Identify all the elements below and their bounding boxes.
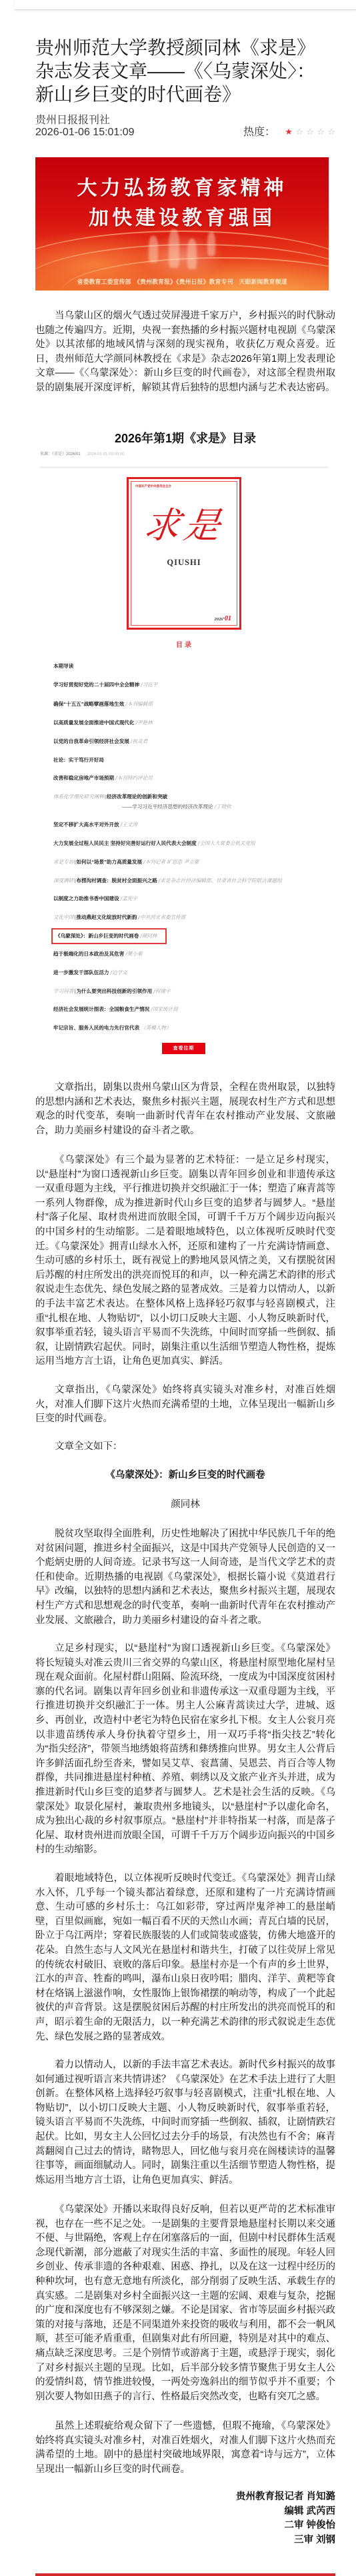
summary-paragraph: 《乌蒙深处》有三个最为显著的艺术特征：一是立足乡村现实，以“悬崖村”为窗口透视新… — [35, 1153, 335, 1369]
toc-item-title: 如何以“场景”助力高质量发展 — [76, 859, 142, 865]
fulltext-title: 《乌蒙深处》：新山乡巨变的时代画卷 — [35, 1469, 335, 1483]
toc-item: 趋于极端化的日本政治及其危害/樊小菊 — [53, 951, 143, 958]
toc-item-title: 本期导读 — [53, 663, 73, 669]
toc-item-author: /王文涛 — [121, 822, 137, 828]
toc-item-column: 文化中国 — [53, 914, 73, 920]
toc-item-title: 大力发展全过程人民民主 坚持好完善好运行好人民代表大会制度 — [53, 840, 197, 846]
toc-item-column: 学习问答 — [53, 988, 73, 994]
toc-item-title: 以高质量发展全面推进中国式现代化 — [53, 720, 135, 726]
toc-item-column: 体系化学理化研究阐释 — [53, 794, 104, 800]
toc-item: 确保“十五五”战略擘画落地生效/本刊编辑部 — [53, 701, 153, 708]
toc-item-title: 学习好贯彻好党的二十届四中全会精神 — [53, 682, 139, 688]
heat-label: 热度： — [243, 127, 275, 139]
fulltext-paragraph: 虽然上述瑕疵给观众留下了一些遗憾，但瑕不掩瑜，《乌蒙深处》始终将真实镜头对准乡村… — [35, 2419, 335, 2477]
toc-item-title: 《乌蒙深处》：新山乡巨变的时代画卷 — [55, 933, 139, 939]
banner-silhouette — [149, 236, 158, 263]
article-title: 贵州师范大学教授颜同林《求是》杂志发表文章——《〈乌蒙深处〉：新山乡巨变的时代画… — [35, 36, 329, 106]
toc-item-author: /本刊编辑部 — [125, 701, 153, 707]
star-filled-icon: ★ — [283, 127, 294, 139]
toc-item-title: 经济改革理论的创新和突破 — [107, 794, 167, 800]
article-source: 贵州日报报刊社 — [35, 115, 110, 127]
article-credits: 贵州教育报记者 肖知潞 编辑 武芮西 二审 钟俊怡 三审 刘钢 — [35, 2490, 335, 2547]
toc-item-title: 趋于极端化的日本政治及其危害 — [53, 951, 124, 957]
toc-item-author: /丁晓钦 — [215, 804, 231, 810]
toc-item-column: 求是专访 — [53, 859, 73, 865]
toc-item: 体系化学理化研究阐释|经济改革理论的创新和突破 — [53, 794, 167, 800]
fulltext-paragraph: 着力以情动人，以新的手法丰富艺术表达。新时代乡村振兴的故事如何通过视听语言来共情… — [35, 2058, 335, 2188]
toc-item-title: 经济社会发展统计图表：全国粮食生产情况 — [53, 1006, 149, 1012]
magazine-cover: 中国共产党中央委员会主办 求是 QIUSHI 2026·01 — [127, 477, 241, 630]
toc-item-subtitle: ——学习习近平经济思想的经济改革理论/丁晓钦 — [122, 804, 231, 810]
toc-item-author: /颜同林 — [140, 933, 157, 939]
cover-issue-number: ·01 — [223, 615, 232, 622]
star-outline-icon: ☆ — [294, 127, 305, 139]
toc-item: 大力发展全过程人民民主 坚持好完善好运行好人民代表大会制度/全国人大常委会机关党… — [53, 840, 255, 847]
fulltext-paragraph: 脱贫攻坚取得全面胜利，历史性地解决了困扰中华民族几千年的绝对贫困问题，推进乡村全… — [35, 1527, 335, 1628]
toc-subtitle-text: ——学习习近平经济思想的经济改革理论 — [122, 804, 213, 810]
fulltext-intro: 文章全文如下： — [35, 1440, 335, 1455]
toc-item-author: /国家统计局 — [151, 1006, 178, 1012]
credit-editor: 编辑 武芮西 — [35, 2505, 335, 2519]
toc-item-author: /本刊记者 旷思思 尹立蒙 — [143, 859, 199, 865]
banner-silhouette — [169, 229, 179, 268]
credit-second-review: 二审 钟俊怡 — [35, 2519, 335, 2533]
toc-item-author: /樊小菊 — [125, 951, 142, 957]
toc-item: 以高质量发展全面推进中国式现代化/尹艳林 — [53, 720, 153, 726]
banner-caption: 省委教育工委宣传部 《贵州教育报》《贵州日报》教育专刊 天眼新闻教育频道 — [35, 278, 329, 286]
fulltext-paragraph: 立足乡村现实，以“悬崖村”为窗口透视新山乡巨变。《乌蒙深处》将长短镜头对准云贵川… — [35, 1642, 335, 1858]
toc-item-title: 以党的自我革命引领经济社会发展 — [53, 738, 129, 744]
toc-item: 学习好贯彻好党的二十届四中全会精神/习近平 — [53, 682, 157, 688]
toc-meta-time: 2026-01-01 09:00:00 — [87, 452, 125, 456]
intro-paragraph: 当乌蒙山区的烟火气透过荧屏漫进千家万户，乡村振兴的时代脉动也随之传遍四方。近期，… — [35, 309, 335, 396]
toc-heading: 2026年第1期《求是》目录 — [35, 430, 335, 446]
toc-item: 学习问答|为什么要突出科技创新的引领作用/何建宇 — [53, 988, 171, 995]
toc-item: 文化中国|推动燕赵文化绽放时代新韵/中共河北省委宣传部 — [53, 914, 185, 921]
toc-item-author: /何建宇 — [153, 988, 170, 994]
toc-divider — [40, 466, 328, 468]
toc-item-author: （英模人物） — [141, 1025, 171, 1031]
toc-item-author: /中共河北省委宣传部 — [138, 914, 185, 920]
toc-item: 坚定不移扩大高水平对外开放/王文涛 — [53, 822, 137, 828]
toc-item-highlighted: 《乌蒙深处》：新山乡巨变的时代画卷/颜同林 — [55, 933, 157, 940]
cover-inner-frame — [131, 481, 237, 626]
toc-item: 改善和稳定房地产市场预期/本刊特约评论员 — [53, 775, 153, 782]
toc-item-title: 确保“十五五”战略擘画落地生效 — [53, 701, 124, 707]
banner-headline-2: 加快建设教育强国 — [35, 207, 329, 231]
toc-item-title: 牢记宗旨、服务人民的电力先行官代表 — [53, 1025, 139, 1031]
fulltext-author: 颜同林 — [35, 1498, 335, 1513]
toc-item: 进一步激发干部队伍活力/边学文 — [53, 969, 127, 976]
toc-item-title: 为什么要突出科技创新的引领作用 — [76, 988, 152, 994]
toc-item: 以制度之力助推书香中国建设/孟宪宇 — [53, 896, 137, 902]
toc-item: 经济社会发展统计图表：全国粮食生产情况/国家统计局 — [53, 1006, 178, 1013]
cover-issue-year: 2026 — [215, 617, 223, 622]
summary-paragraph: 文章指出，《乌蒙深处》始终将真实镜头对准乡村，对准百姓烟火，对准人们脚下这片火热… — [35, 1383, 335, 1427]
toc-item-author: /全国人大常委会机关党组 — [198, 840, 255, 846]
toc-meta: 来源：《求是》2026/012026-01-01 09:00:00 — [40, 452, 124, 457]
toc-item-title: 以制度之力助推书香中国建设 — [53, 896, 119, 902]
banner-silhouette — [207, 232, 215, 256]
article-end-divider — [35, 2573, 335, 2576]
star-outline-icon: ☆ — [326, 127, 337, 139]
credit-third-review: 三审 刘钢 — [35, 2533, 335, 2548]
toc-item-author: /习近平 — [141, 682, 157, 688]
toc-item: 社论：实干笃行开好局 — [53, 757, 104, 764]
cover-latin-title: QIUSHI — [129, 558, 239, 568]
qiushi-toc-image: 2026年第1期《求是》目录 来源：《求是》2026/012026-01-01 … — [35, 426, 335, 1066]
toc-item-title: 进一步激发干部队伍活力 — [53, 969, 109, 975]
fulltext-paragraph: 《乌蒙深处》开播以来取得良好反响，但若以更严苛的艺术标准审视，也存在一些不足之处… — [35, 2203, 335, 2404]
star-outline-icon: ☆ — [305, 127, 315, 139]
fulltext-paragraph: 着眼地域特色，以立体视听反映时代变迁。《乌蒙深处》拥青山绿水入怀，几乎每一个镜头… — [35, 1872, 335, 2044]
article-datetime: 2026-01-06 15:01:09 — [35, 127, 135, 139]
toc-section-label: 目录 — [171, 641, 198, 650]
toc-item-title: 坚定不移扩大高水平对外开放 — [53, 822, 119, 828]
heat-rating: 热度： ★ ☆ ☆ ☆ ☆ — [243, 127, 337, 139]
toc-item-author: /尹艳林 — [136, 720, 153, 726]
toc-item-author: /本刊特约评论员 — [115, 775, 153, 781]
toc-item-column: 深度调研 — [53, 878, 73, 884]
cover-publisher: 中国共产党中央委员会主办 — [135, 484, 171, 488]
toc-item: 求是专访|如何以“场景”助力高质量发展/本刊记者 旷思思 尹立蒙 — [53, 859, 199, 866]
toc-item: 深度调研|布楞沟村调查：脱贫村全面振兴之路/求是杂志社经济编辑部、甘肃省社会科学… — [53, 878, 282, 884]
toc-item-author: /孟宪宇 — [121, 896, 137, 902]
star-rating: ★ ☆ ☆ ☆ ☆ — [283, 127, 337, 139]
toc-item-author: /祝灵君 — [131, 738, 147, 744]
toc-item-title: 推动燕赵文化绽放时代新韵 — [76, 914, 137, 920]
toc-item: 以党的自我革命引领经济社会发展/祝灵君 — [53, 738, 147, 745]
banner-headline-1: 大力弘扬教育家精神 — [35, 177, 329, 201]
star-outline-icon: ☆ — [315, 127, 326, 139]
toc-item-author: /边学文 — [111, 969, 127, 975]
summary-paragraph: 文章指出，剧集以贵州乌蒙山区为背景，全程在贵州取景，以独特的思想内涵和艺术表达，… — [35, 1081, 335, 1138]
toc-item-title: 社论：实干笃行开好局 — [53, 757, 104, 763]
toc-item: 牢记宗旨、服务人民的电力先行官代表（英模人物） — [53, 1025, 171, 1031]
credit-reporter: 贵州教育报记者 肖知潞 — [35, 2490, 335, 2505]
toc-item: 本期导读 — [53, 663, 73, 670]
toc-meta-source: 来源：《求是》2026/01 — [40, 452, 81, 456]
education-banner-image: 大力弘扬教育家精神 加快建设教育强国 省委教育工委宣传部 《贵州教育报》《贵州日… — [35, 157, 329, 291]
toc-item-title: 布楞沟村调查：脱贫村全面振兴之路 — [76, 878, 157, 884]
top-header-bar — [15, 0, 356, 10]
view-past-issues-button: 查看往期 — [162, 1043, 205, 1054]
cover-issue: 2026·01 — [215, 612, 232, 624]
cover-logo: 求是 — [126, 506, 242, 546]
banner-silhouette — [187, 239, 197, 269]
toc-item-title: 改善和稳定房地产市场预期 — [53, 775, 114, 781]
toc-item-author: /求是杂志社经济编辑部、甘肃省社会科学院联合课题组 — [159, 878, 282, 884]
